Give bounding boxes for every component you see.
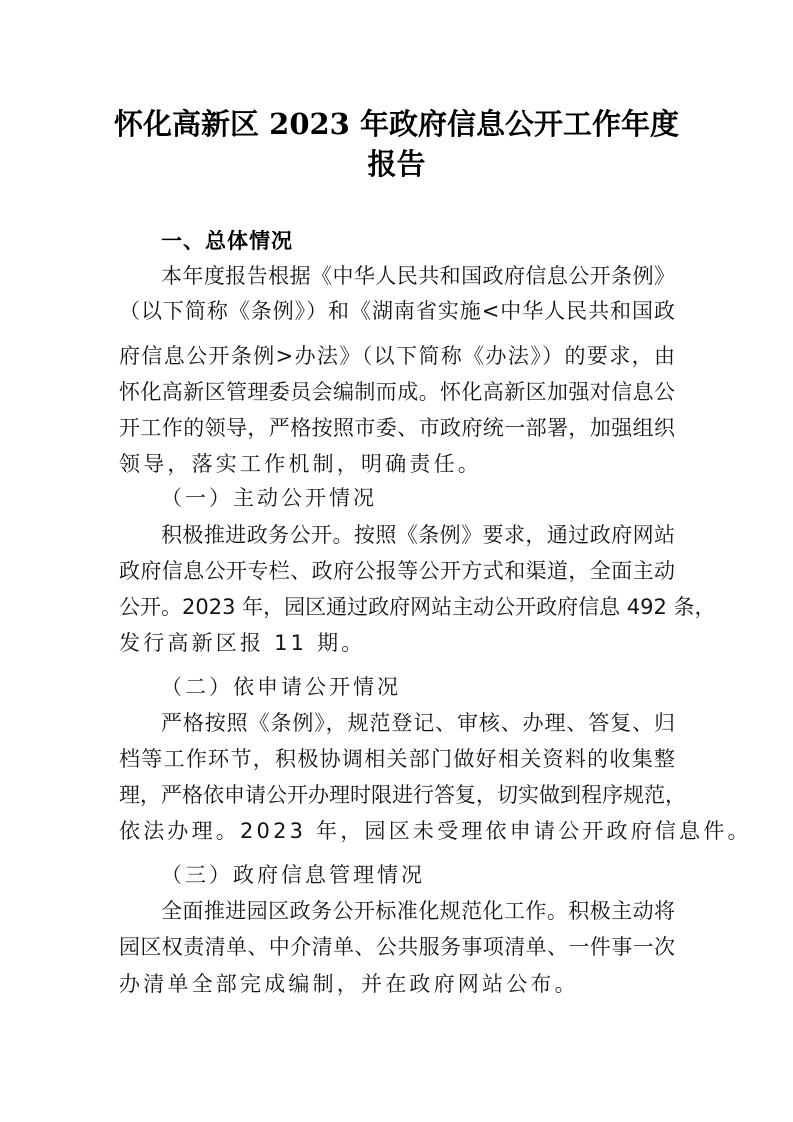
document-title-line-1: 怀化高新区 2023 年政府信息公开工作年度 (100, 103, 693, 145)
paragraph-line: 怀化高新区管理委员会编制而成。怀化高新区加强对信息公 (119, 377, 675, 407)
paragraph-line: 开工作的领导，严格按照市委、市政府统一部署，加强组织 (119, 413, 675, 443)
section-heading-overview: 一、总体情况 (161, 226, 675, 256)
paragraph-line: 依法办理。2023 年，园区未受理依申请公开政府信息件。 (119, 816, 675, 846)
paragraph-line: 领导，落实工作机制，明确责任。 (119, 449, 675, 479)
paragraph-line: 本年度报告根据《中华人民共和国政府信息公开条例》 (161, 261, 675, 291)
document-title-line-2: 报告 (100, 143, 693, 185)
paragraph-line: （以下简称《条例》）和《湖南省实施<中华人民共和国政 (119, 296, 675, 326)
paragraph-line: 园区权责清单、中介清单、公共服务事项清单、一件事一次 (119, 932, 675, 962)
paragraph-line: 积极推进政务公开。按照《条例》要求，通过政府网站 (161, 520, 675, 550)
paragraph-line: 府信息公开条例>办法》（以下简称《办法》）的要求，由 (119, 341, 675, 371)
subsection-heading-proactive-disclosure: （一）主动公开情况 (161, 483, 675, 513)
paragraph-line: 发行高新区报 11 期。 (119, 628, 675, 658)
paragraph-line: 档等工作环节，积极协调相关部门做好相关资料的收集整 (119, 744, 675, 774)
paragraph-line: 政府信息公开专栏、政府公报等公开方式和渠道，全面主动 (119, 556, 675, 586)
paragraph-line: 公开。2023 年，园区通过政府网站主动公开政府信息 492 条， (119, 592, 675, 622)
document-page: 怀化高新区 2023 年政府信息公开工作年度 报告 一、总体情况 本年度报告根据… (0, 0, 793, 1122)
paragraph-line: 办清单全部完成编制，并在政府网站公布。 (119, 969, 675, 999)
subsection-heading-disclosure-on-request: （二）依申请公开情况 (161, 672, 675, 702)
paragraph-line: 理，严格依申请公开办理时限进行答复，切实做到程序规范， (119, 780, 675, 810)
subsection-heading-information-management: （三）政府信息管理情况 (161, 860, 675, 890)
paragraph-line: 全面推进园区政务公开标准化规范化工作。积极主动将 (161, 896, 675, 926)
paragraph-line: 严格按照《条例》，规范登记、审核、办理、答复、归 (161, 708, 675, 738)
